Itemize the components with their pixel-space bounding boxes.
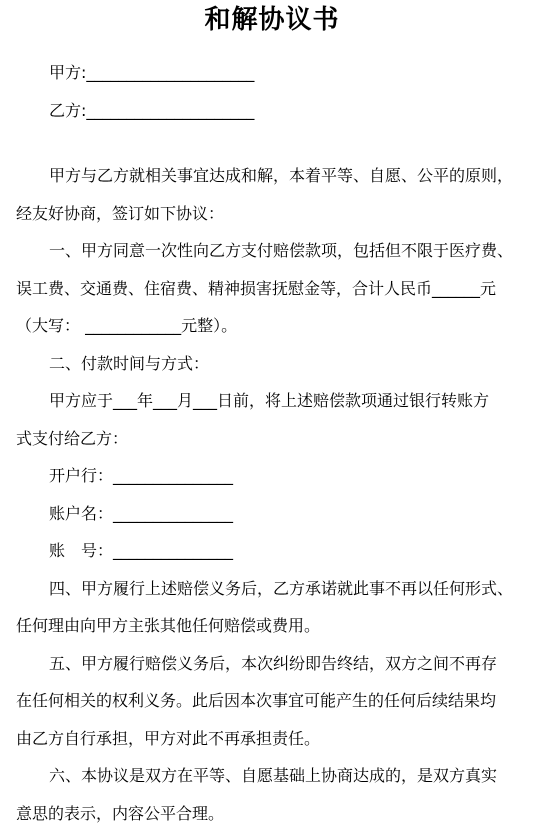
clause-5-line-3: 由乙方自行承担，甲方对此不再承担责任。: [16, 720, 528, 758]
party-b-line: 乙方:_____________________: [16, 92, 528, 130]
bank-name-line: 开户行：_______________: [16, 457, 528, 495]
document-body: 甲方:_____________________ 乙方:____________…: [16, 54, 528, 830]
clause-6-line-1: 六、本协议是双方在平等、自愿基础上协商达成的，是双方真实: [16, 757, 528, 795]
party-a-line: 甲方:_____________________: [16, 54, 528, 92]
blank-line: [16, 129, 528, 157]
clause-5-line-2: 在任何相关的权利义务。此后因本次事宜可能产生的任何后续结果均: [16, 682, 528, 720]
clause-5-line-1: 五、甲方履行赔偿义务后，本次纠纷即告终结，双方之间不再存: [16, 645, 528, 683]
clause-1-line-3: （大写： ____________元整）。: [16, 307, 528, 345]
clause-2-heading: 二、付款时间与方式：: [16, 345, 528, 383]
clause-4-line-1: 四、甲方履行上述赔偿义务后，乙方承诺就此事不再以任何形式、: [16, 570, 528, 608]
account-name-line: 账户名：_______________: [16, 495, 528, 533]
document-page: 和解协议书 甲方:_____________________ 乙方:______…: [0, 0, 552, 830]
clause-2-line-1: 甲方应于___年___月___日前，将上述赔偿款项通过银行转账方: [16, 382, 528, 420]
account-number-line: 账 号：_______________: [16, 532, 528, 570]
clause-2-line-2: 式支付给乙方：: [16, 420, 528, 458]
clause-1-line-2: 误工费、交通费、住宿费、精神损害抚慰金等，合计人民币______元: [16, 270, 528, 308]
document-title: 和解协议书: [16, 0, 528, 38]
clause-6-line-2: 意思的表示，内容公平合理。: [16, 795, 528, 830]
clause-4-line-2: 任何理由向甲方主张其他任何赔偿或费用。: [16, 607, 528, 645]
preamble-line-2: 经友好协商，签订如下协议：: [16, 195, 528, 233]
clause-1-line-1: 一、甲方同意一次性向乙方支付赔偿款项，包括但不限于医疗费、: [16, 232, 528, 270]
preamble-line-1: 甲方与乙方就相关事宜达成和解，本着平等、自愿、公平的原则，: [16, 157, 528, 195]
